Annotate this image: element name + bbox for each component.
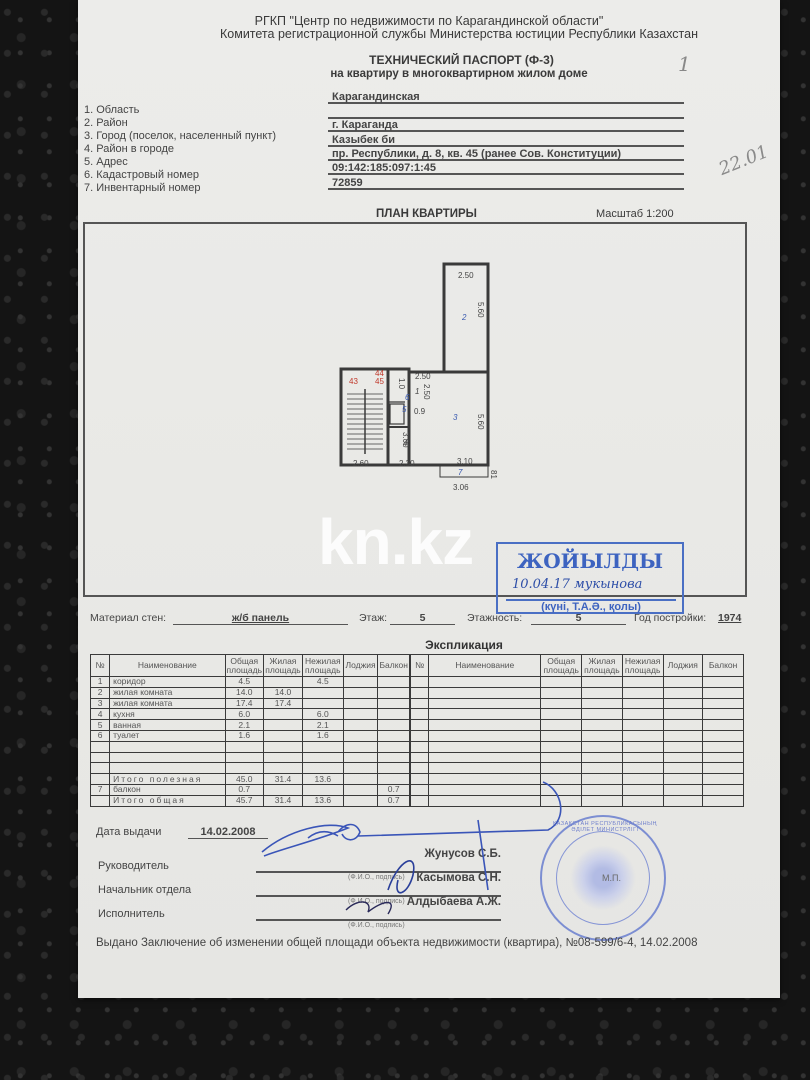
empty-cell [429,687,541,698]
cell-name: Итого полезная [110,774,225,785]
footer-note: Выдано Заключение об изменении общей пло… [96,937,697,949]
cell-loggia [343,730,378,741]
field-value: пр. Республики, д. 8, кв. 45 (ранее Сов.… [332,148,621,160]
svg-text:3.06: 3.06 [453,483,469,492]
field-label: 3. Город (поселок, населенный пункт) [84,130,276,142]
watermark: kn.kz [318,505,473,579]
cell-loggia [343,677,378,688]
svg-text:43: 43 [349,377,358,386]
empty-cell [703,741,744,752]
empty-cell [429,677,541,688]
empty-cell [622,730,663,741]
table-row: 3жилая комната17.417.4 [91,698,410,709]
column-header: Наименование [429,655,541,677]
cell-loggia [343,752,378,763]
empty-cell [622,752,663,763]
empty-cell [622,677,663,688]
cell-nonliving: 6.0 [302,709,343,720]
empty-cell [622,709,663,720]
svg-text:5.60: 5.60 [476,302,485,318]
empty-cell [622,698,663,709]
empty-cell [663,720,703,731]
floors-total-label: Этажность: [467,612,522,624]
table-row [411,687,744,698]
cell-no: 3 [91,698,110,709]
column-header: Нежилая площадь [302,655,343,677]
cell-nonliving: 2.1 [302,720,343,731]
cell-living [264,763,303,774]
svg-text:5: 5 [402,405,407,414]
column-header: Общая площадь [541,655,582,677]
cell-name [110,741,225,752]
empty-cell [411,687,429,698]
column-header: Лоджия [343,655,378,677]
floor-value: 5 [390,612,455,625]
field-value: Казыбек би [332,134,395,146]
cell-total [225,763,264,774]
table-row: 1коридор4.54.5 [91,677,410,688]
cell-no [91,763,110,774]
empty-cell [582,752,623,763]
wall-material-value: ж/б панель [173,612,348,625]
svg-text:2.50: 2.50 [415,372,431,381]
empty-cell [663,752,703,763]
column-header: Нежилая площадь [622,655,663,677]
cell-nonliving [302,687,343,698]
empty-cell [582,741,623,752]
cell-balcony [378,741,410,752]
cell-total: 6.0 [225,709,264,720]
empty-cell [541,763,582,774]
cell-name: кухня [110,709,225,720]
column-header: Балкон [378,655,410,677]
cell-no: 4 [91,709,110,720]
cell-loggia [343,698,378,709]
empty-cell [582,763,623,774]
empty-cell [703,763,744,774]
empty-cell [663,784,703,795]
cell-living [264,730,303,741]
svg-text:7: 7 [458,468,463,477]
empty-cell [703,687,744,698]
cell-name: ванная [110,720,225,731]
table-row: 2жилая комната14.014.0 [91,687,410,698]
cell-name [110,752,225,763]
table-row: 4кухня6.06.0 [91,709,410,720]
empty-cell [541,752,582,763]
empty-cell [429,720,541,731]
cell-total [225,741,264,752]
empty-cell [703,752,744,763]
column-header: Общая площадь [225,655,264,677]
cell-no: 5 [91,720,110,731]
cell-no [91,741,110,752]
column-header: Лоджия [663,655,703,677]
field-underline [328,176,684,190]
empty-cell [582,795,623,806]
handwritten-note: 22.01 [716,141,772,180]
cell-living [264,677,303,688]
table-row [411,698,744,709]
svg-text:1: 1 [415,387,419,396]
empty-cell [622,741,663,752]
floors-total-value: 5 [531,612,626,625]
signature-role: Начальник отдела [98,884,191,896]
cancelled-stamp-title: ЖОЙЫЛДЫ [498,549,682,573]
svg-text:3: 3 [453,413,458,422]
cell-loggia [343,720,378,731]
cell-loggia [343,741,378,752]
empty-cell [622,763,663,774]
empty-cell [703,720,744,731]
empty-cell [703,698,744,709]
cancelled-stamp-handwriting: 10.04.17 мукынова [512,577,642,592]
cell-total: 4.5 [225,677,264,688]
empty-cell [703,730,744,741]
org-name: РГКП "Центр по недвижимости по Караганди… [78,14,780,28]
cell-living [264,709,303,720]
column-header: № [91,655,110,677]
cell-no: 1 [91,677,110,688]
empty-cell [411,741,429,752]
cell-living [264,752,303,763]
column-header: № [411,655,429,677]
wall-material-label: Материал стен: [90,612,166,624]
signature-role: Руководитель [98,860,169,872]
empty-cell [541,687,582,698]
table-row [91,741,410,752]
cell-living: 14.0 [264,687,303,698]
cell-balcony [378,730,410,741]
field-label: 2. Район [84,117,128,129]
technical-passport-page: РГКП "Центр по недвижимости по Караганди… [78,0,780,998]
cell-loggia [343,763,378,774]
cell-no [91,795,110,806]
svg-text:5.60: 5.60 [476,414,485,430]
document-title: ТЕХНИЧЕСКИЙ ПАСПОРТ (Ф-3) [78,53,780,67]
empty-cell [411,730,429,741]
empty-cell [429,763,541,774]
table-row: 6туалет1.61.6 [91,730,410,741]
cell-total: 17.4 [225,698,264,709]
cell-balcony [378,677,410,688]
cell-balcony [378,698,410,709]
field-label: 4. Район в городе [84,143,174,155]
empty-cell [663,677,703,688]
seal-mp-label: М.П. [602,873,621,883]
table-row: 5ванная2.12.1 [91,720,410,731]
cell-living: 17.4 [264,698,303,709]
cell-no: 6 [91,730,110,741]
empty-cell [429,741,541,752]
cell-loggia [343,687,378,698]
table-row [91,763,410,774]
field-underline [328,105,684,119]
svg-text:2.60: 2.60 [353,459,369,468]
table-row [411,763,744,774]
field-label: 6. Кадастровый номер [84,169,199,181]
svg-text:45: 45 [375,377,384,386]
empty-cell [703,774,744,785]
column-header: Наименование [110,655,225,677]
empty-cell [663,774,703,785]
empty-cell [622,774,663,785]
cancelled-stamp-caption: (күні, Т.А.Ә., қолы) [506,599,676,613]
svg-text:1.0: 1.0 [397,378,406,390]
cell-nonliving [302,752,343,763]
cancelled-stamp: ЖОЙЫЛДЫ 10.04.17 мукынова (күні, Т.А.Ә.,… [496,542,684,614]
cell-total: 14.0 [225,687,264,698]
empty-cell [582,720,623,731]
cell-nonliving: 1.6 [302,730,343,741]
empty-cell [411,720,429,731]
signature-hint: (Ф.И.О., подпись) [348,922,405,929]
cell-no [91,752,110,763]
empty-cell [663,698,703,709]
empty-cell [411,752,429,763]
cell-balcony [378,720,410,731]
table-row [91,752,410,763]
field-value: 09:142:185:097:1:45 [332,162,436,174]
empty-cell [582,730,623,741]
cell-name: коридор [110,677,225,688]
table-row [411,709,744,720]
empty-cell [429,698,541,709]
floor-label: Этаж: [359,612,387,624]
table-row [411,752,744,763]
field-label: 7. Инвентарный номер [84,182,200,194]
cell-nonliving [302,698,343,709]
empty-cell [622,795,663,806]
empty-cell [663,687,703,698]
issue-date-label: Дата выдачи [96,826,161,838]
empty-cell [582,774,623,785]
empty-cell [663,795,703,806]
empty-cell [703,677,744,688]
empty-cell [622,720,663,731]
official-seal: ҚАЗАҚСТАН РЕСПУБЛИКАСЫНЫҢ ӘДІЛЕТ МИНИСТР… [540,815,666,941]
svg-text:81: 81 [489,470,498,479]
cell-total: 1.6 [225,730,264,741]
svg-text:6: 6 [405,393,410,402]
empty-cell [411,698,429,709]
empty-cell [582,698,623,709]
field-value: Карагандинская [332,91,420,103]
cell-balcony [378,763,410,774]
empty-cell [663,741,703,752]
cell-no: 7 [91,784,110,795]
cell-balcony [378,687,410,698]
empty-cell [582,709,623,720]
empty-cell [429,730,541,741]
empty-cell [582,687,623,698]
explication-title: Экспликация [78,638,780,652]
empty-cell [663,763,703,774]
empty-cell [703,795,744,806]
empty-cell [429,752,541,763]
table-row [411,730,744,741]
empty-cell [411,677,429,688]
field-label: 1. Область [84,104,139,116]
table-row [411,677,744,688]
svg-text:2.50: 2.50 [422,384,431,400]
plan-scale: Масштаб 1:200 [596,208,674,220]
empty-cell [411,709,429,720]
cell-no: 2 [91,687,110,698]
cell-total [225,752,264,763]
cell-loggia [343,709,378,720]
svg-text:0.9: 0.9 [414,407,426,416]
cell-total: 2.1 [225,720,264,731]
svg-text:4: 4 [403,439,408,448]
empty-cell [541,677,582,688]
field-label: 5. Адрес [84,156,128,168]
cell-name: туалет [110,730,225,741]
svg-text:2.30: 2.30 [399,459,415,468]
cell-name: жилая комната [110,687,225,698]
empty-cell [541,709,582,720]
cell-name: балкон [110,784,225,795]
empty-cell [541,698,582,709]
signature-role: Исполнитель [98,908,165,920]
empty-cell [582,677,623,688]
column-header: Жилая площадь [264,655,303,677]
svg-text:3.10: 3.10 [457,457,473,466]
empty-cell [541,741,582,752]
empty-cell [663,709,703,720]
empty-cell [703,709,744,720]
empty-cell [541,720,582,731]
cell-balcony [378,752,410,763]
column-header: Жилая площадь [582,655,623,677]
empty-cell [411,763,429,774]
cell-nonliving: 4.5 [302,677,343,688]
empty-cell [429,709,541,720]
cell-name: жилая комната [110,698,225,709]
cell-nonliving [302,741,343,752]
cell-balcony [378,709,410,720]
cell-living [264,720,303,731]
svg-text:2.50: 2.50 [458,271,474,280]
svg-text:2: 2 [461,313,467,322]
column-header: Балкон [703,655,744,677]
org-committee: Комитета регистрационной службы Министер… [78,27,780,41]
signature-strokes [248,780,568,920]
empty-cell [622,687,663,698]
year-built-label: Год постройки: [634,612,706,624]
empty-cell [541,730,582,741]
cell-living [264,741,303,752]
empty-cell [703,784,744,795]
empty-cell [622,784,663,795]
table-row [411,720,744,731]
plan-title: ПЛАН КВАРТИРЫ [376,208,477,220]
handwritten-page-number: 1 [678,52,691,76]
table-row [411,741,744,752]
document-subtitle: на квартиру в многоквартирном жилом доме [78,68,780,80]
cell-name [110,763,225,774]
cell-nonliving [302,763,343,774]
cell-name: Итого общая [110,795,225,806]
year-built-value: 1974 [718,612,741,624]
field-value: 72859 [332,177,363,189]
cell-no [91,774,110,785]
field-value: г. Караганда [332,119,398,131]
empty-cell [582,784,623,795]
empty-cell [663,730,703,741]
